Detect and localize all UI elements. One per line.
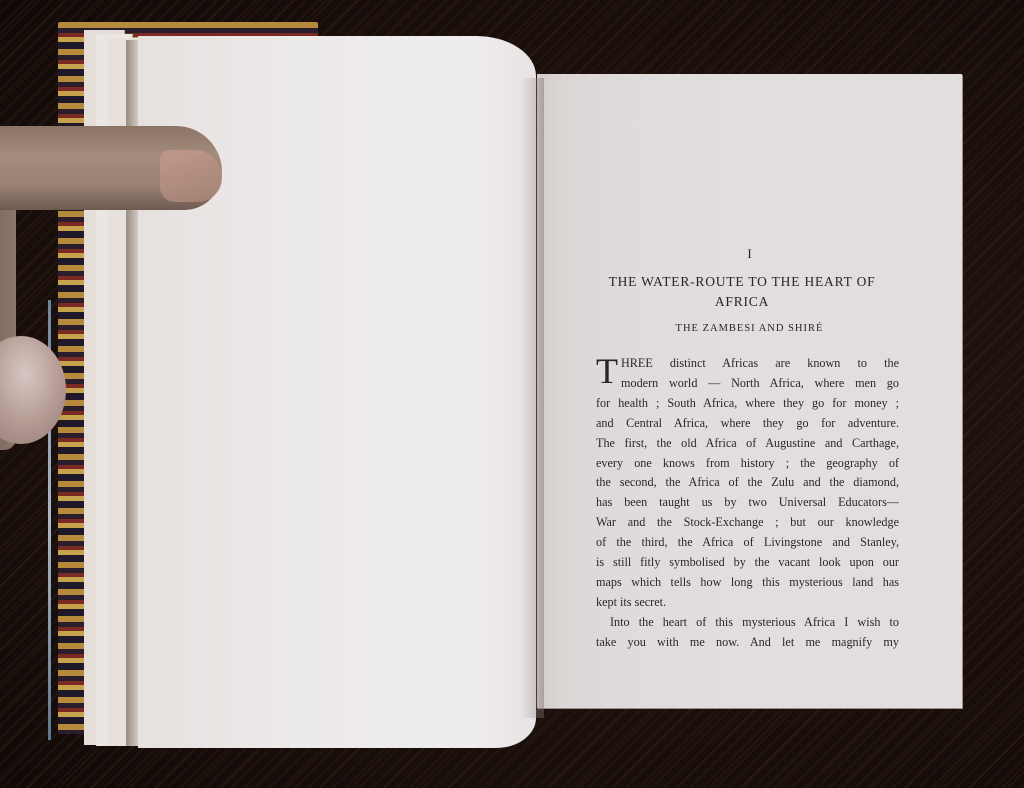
text-line: HREE distinct Africas are known to the <box>596 354 899 374</box>
text-line: take you with me now. And let me magnify… <box>596 633 899 653</box>
drop-cap: T <box>596 356 618 386</box>
fingernail <box>160 150 222 202</box>
text-line: and Central Africa, where they go for ad… <box>596 414 899 434</box>
text-line: is still fitly symbolised by the vacant … <box>596 553 899 573</box>
text-line: for health ; South Africa, where they go… <box>596 394 899 414</box>
chapter-subtitle: THE ZAMBESI AND SHIRÉ <box>537 323 962 334</box>
text-line: every one knows from history ; the geogr… <box>596 454 899 474</box>
text-line: War and the Stock-Exchange ; but our kno… <box>596 513 899 533</box>
text-line: kept its secret. <box>596 593 899 613</box>
text-line: maps which tells how long this mysteriou… <box>596 573 899 593</box>
chapter-number: I <box>537 246 962 262</box>
right-page: I THE WATER-ROUTE TO THE HEART OF AFRICA… <box>537 74 962 708</box>
chapter-title: THE WATER-ROUTE TO THE HEART OF AFRICA <box>592 272 892 312</box>
gutter-shadow <box>520 78 544 718</box>
chapter-body-text: T HREE distinct Africas are known to the… <box>596 354 899 653</box>
text-line: has been taught us by two Universal Educ… <box>596 493 899 513</box>
text-line: of the third, the Africa of Livingstone … <box>596 533 899 553</box>
text-line: Into the heart of this mysterious Africa… <box>596 613 899 633</box>
text-line: the second, the Africa of the Zulu and t… <box>596 473 899 493</box>
text-line: modern world — North Africa, where men g… <box>596 374 899 394</box>
text-line: The first, the old Africa of Augustine a… <box>596 434 899 454</box>
